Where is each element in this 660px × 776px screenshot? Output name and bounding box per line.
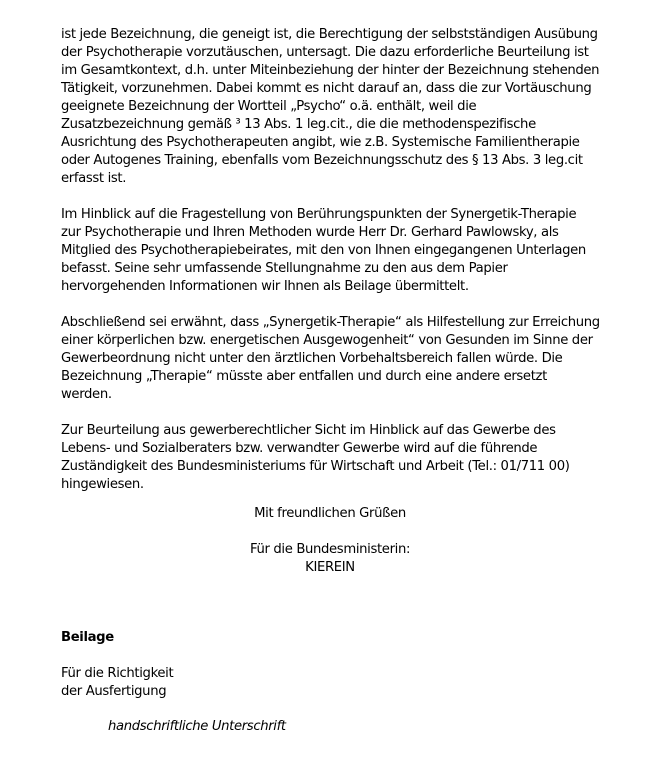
text-line: ist jede Bezeichnung, die geneigt ist, d…: [61, 26, 651, 44]
text-line: Zur Beurteilung aus gewerberechtlicher S…: [61, 422, 651, 440]
letter-body: ist jede Bezeichnung, die geneigt ist, d…: [61, 26, 651, 494]
text-line: Lebens- und Sozialberaters bzw. verwandt…: [61, 440, 651, 458]
paragraph-expert-opinion: Im Hinblick auf die Fragestellung von Be…: [61, 206, 651, 296]
text-line: Im Hinblick auf die Fragestellung von Be…: [61, 206, 651, 224]
text-line: zur Psychotherapie und Ihren Methoden wu…: [61, 224, 651, 242]
text-line: hingewiesen.: [61, 476, 651, 494]
certification-line-2: der Ausfertigung: [61, 683, 166, 701]
text-line: Zusatzbezeichnung gemäß ³ 13 Abs. 1 leg.…: [61, 116, 651, 134]
text-line: Ausrichtung des Psychotherapeuten angibt…: [61, 134, 651, 152]
certification-line-1: Für die Richtigkeit: [61, 665, 173, 683]
text-line: geeignete Bezeichnung der Wortteil „Psyc…: [61, 98, 651, 116]
text-line: im Gesamtkontext, d.h. unter Miteinbezie…: [61, 62, 651, 80]
text-line: oder Autogenes Training, ebenfalls vom B…: [61, 152, 651, 170]
text-line: erfasst ist.: [61, 170, 651, 188]
paragraph-trade-law: Zur Beurteilung aus gewerberechtlicher S…: [61, 422, 651, 494]
text-line: werden.: [61, 386, 651, 404]
closing-greeting: Mit freundlichen Grüßen: [0, 505, 660, 523]
text-line: Bezeichnung „Therapie“ müsste aber entfa…: [61, 368, 651, 386]
enclosure-heading: Beilage: [61, 629, 114, 647]
paragraph-conclusion: Abschließend sei erwähnt, dass „Synerget…: [61, 314, 651, 404]
text-line: der Psychotherapie vorzutäuschen, unters…: [61, 44, 651, 62]
text-line: hervorgehenden Informationen wir Ihnen a…: [61, 278, 651, 296]
handwritten-signature-note: handschriftliche Unterschrift: [108, 718, 286, 736]
text-line: Zuständigkeit des Bundesministeriums für…: [61, 458, 651, 476]
text-line: Mitglied des Psychotherapiebeirates, mit…: [61, 242, 651, 260]
closing-on-behalf: Für die Bundesministerin:: [0, 541, 660, 559]
text-line: einer körperlichen bzw. energetischen Au…: [61, 332, 651, 350]
text-line: Gewerbeordnung nicht unter den ärztliche…: [61, 350, 651, 368]
text-line: Tätigkeit, vorzunehmen. Dabei kommt es n…: [61, 80, 651, 98]
closing-signatory: KIEREIN: [0, 559, 660, 577]
text-line: Abschließend sei erwähnt, dass „Synerget…: [61, 314, 651, 332]
paragraph-designation-protection: ist jede Bezeichnung, die geneigt ist, d…: [61, 26, 651, 188]
text-line: befasst. Seine sehr umfassende Stellungn…: [61, 260, 651, 278]
